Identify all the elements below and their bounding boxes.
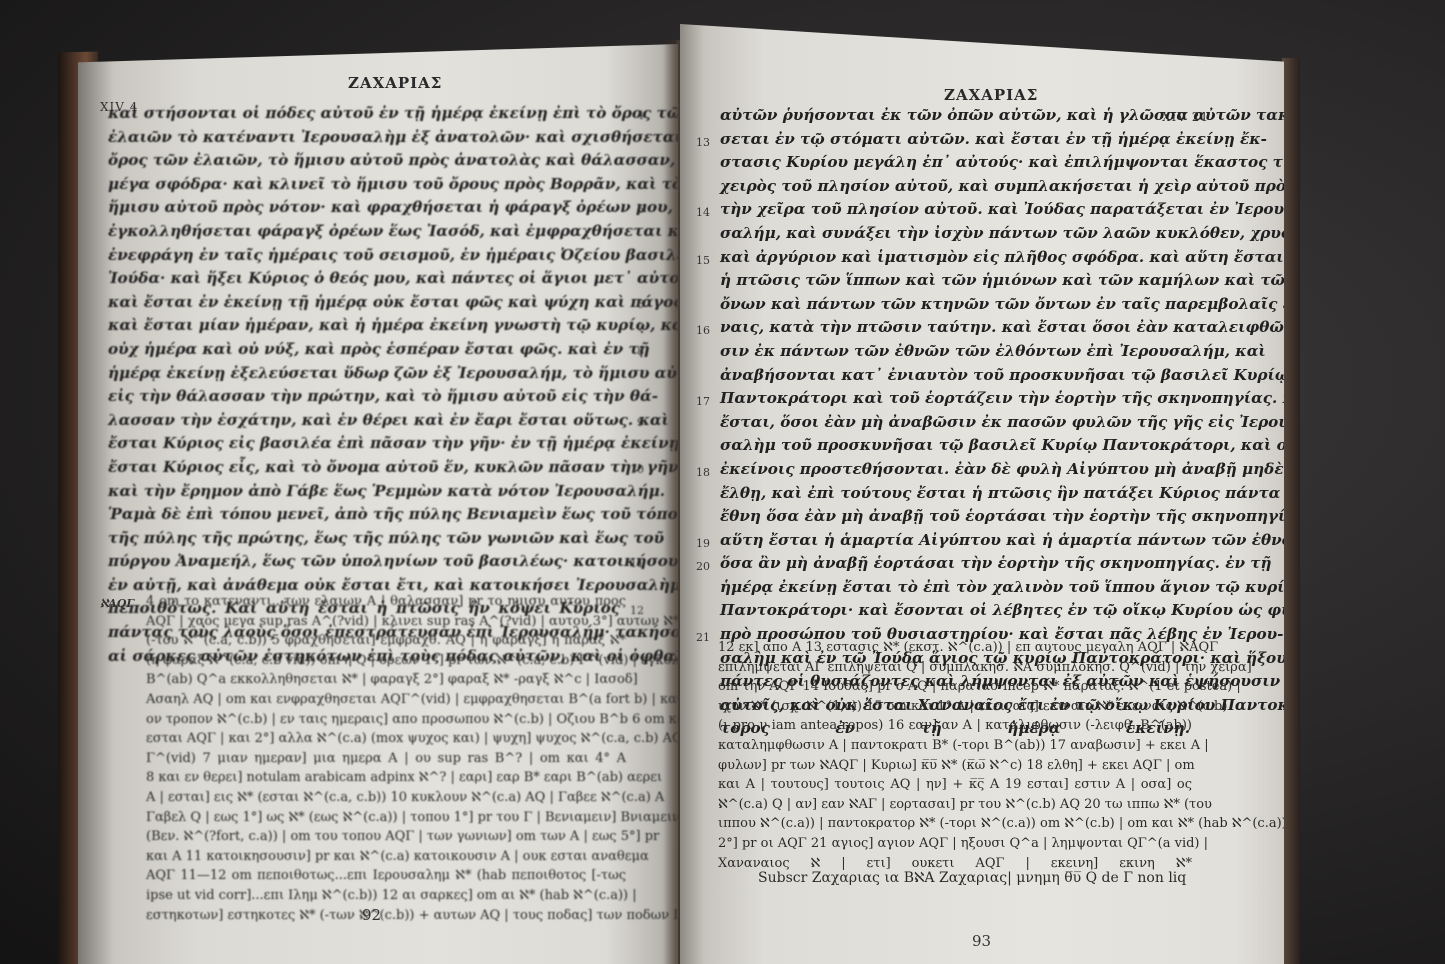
text-line: (ι pro ν iam antea repos) 16 εαν] αν A |… xyxy=(718,716,1192,736)
verse-number: 13 xyxy=(696,131,710,155)
text-line: καὶ ἔσται ἐν ἐκείνῃ τῇ ἡμέρᾳ οὐκ ἔσται φ… xyxy=(108,291,620,315)
text-line: ℵ^(c.a) Q | αν] εαν ℵAΓ | εορτασαι] pr τ… xyxy=(718,795,1192,815)
text-line: ἡμέρᾳ ἐκείνῃ ἐξελεύσεται ὕδωρ ζῶν ἐξ Ἰερ… xyxy=(108,362,620,386)
right-page: ΖΑΧΑΡΙΑΣ XIV 21 αὐτῶν ῥυήσονται ἐκ τῶν ὀ… xyxy=(680,24,1284,964)
text-line: επιλημψεται AΓ επιληψεται Q | συμπλακησ.… xyxy=(718,658,1192,678)
text-line: (η φαραξ ℵ^(c.a, c.b vid)) om η Q | ορεω… xyxy=(146,651,626,671)
text-line: ἔθνη ὅσα ἐὰν μὴ ἀναβῇ τοῦ ἑορτάσαι τὴν ἑ… xyxy=(720,505,1190,529)
running-title: ΖΑΧΑΡΙΑΣ xyxy=(348,74,442,92)
text-line: Γαβελ Q | εως 1°] ως ℵ* (εως ℵ^(c.a)) | … xyxy=(146,808,626,828)
apparatus-margin-sigla: ℵAQΓ xyxy=(100,597,134,610)
critical-apparatus-left: 4 om το κατεναντι...των ελαιων A | θαλασ… xyxy=(146,592,626,925)
text-line: φυλων] pr των ℵAQΓ | Κυριω] κ̅υ̅ ℵ* (κ̅ω… xyxy=(718,756,1192,776)
text-line: Γ^(vid) 7 μιαν ημεραν] μια ημερα A | ου … xyxy=(146,749,626,769)
text-line: στασις Κυρίου μεγάλη ἐπ᾽ αὐτούς· καὶ ἐπι… xyxy=(720,151,1190,175)
text-line: ἔσται, ὅσοι ἐὰν μὴ ἀναβῶσιν ἐκ πασῶν φυλ… xyxy=(720,411,1190,435)
verse-number: 8 xyxy=(637,340,644,364)
book-cover-right-edge xyxy=(1282,58,1300,964)
text-line: ipse ut vid corr]...επι Ιλημ ℵ^(c.b)) 12… xyxy=(146,886,626,906)
text-line: (Βεν. ℵ^(?fort, c.a)) | om του τοπου AQΓ… xyxy=(146,827,626,847)
critical-apparatus-right: 12 εκ] απο A 13 εστασις ℵ* (εκστ. ℵ^(c.a… xyxy=(718,638,1192,873)
text-line: εἰς τὴν θάλασσαν τὴν πρώτην, καὶ τὸ ἥμισ… xyxy=(108,385,620,409)
text-line: καὶ στήσονται οἱ πόδες αὐτοῦ ἐν τῇ ἡμέρᾳ… xyxy=(108,102,620,126)
text-line: ἥμισυ αὐτοῦ πρὸς νότον· καὶ φραχθήσεται … xyxy=(108,196,620,220)
text-line: 8 και εν θερει] notulam arabicam adpinx … xyxy=(146,768,626,788)
verse-number: 9 xyxy=(637,411,644,435)
verse-number: 7 xyxy=(637,316,644,340)
text-line: ἔλθῃ, καὶ ἐπὶ τούτους ἔσται ἡ πτῶσις ἣν … xyxy=(720,482,1190,506)
text-line: 12 εκ] απο A 13 εστασις ℵ* (εκστ. ℵ^(c.a… xyxy=(718,638,1192,658)
text-line: ἐγκολληθήσεται φάραγξ ὀρέων ἕως Ἰασόδ, κ… xyxy=(108,220,620,244)
verse-number: 15 xyxy=(696,249,710,273)
text-line: τὴν χεῖρα τοῦ πλησίον αὐτοῦ. καὶ Ἰούδας … xyxy=(720,198,1190,222)
text-line: ὅσα ἂν μὴ ἀναβῇ ἑορτάσαι τὴν ἑορτὴν τῆς … xyxy=(720,552,1190,576)
verse-number: 21 xyxy=(696,626,710,650)
text-line: ἔσται Κύριος εἰς βασιλέα ἐπὶ πᾶσαν τὴν γ… xyxy=(108,432,620,456)
text-line: αὕτη ἔσται ἡ ἁμαρτία Αἰγύπτου καὶ ἡ ἁμαρ… xyxy=(720,529,1190,553)
text-line: Ασαηλ AQ | om και ενφραχθησεται AQΓ^(vid… xyxy=(146,690,626,710)
text-line: σιν ἐκ πάντων τῶν ἐθνῶν τῶν ἐλθόντων ἐπὶ… xyxy=(720,340,1190,364)
text-line: om την AQΓ 14 Ιουδας] pr ο AQ | παρατασ … xyxy=(718,677,1192,697)
text-line: ἡμέρᾳ ἐκείνῃ ἔσται τὸ ἐπὶ τὸν χαλινὸν το… xyxy=(720,576,1190,600)
text-line: οὐχ ἡμέρα καὶ οὐ νύξ, καὶ πρὸς ἑσπέραν ἔ… xyxy=(108,338,620,362)
verse-number: 19 xyxy=(696,532,710,556)
text-line: ὄνων καὶ πάντων τῶν κτηνῶν τῶν ὄντων ἐν … xyxy=(720,293,1190,317)
text-line: καὶ ἀργύριον καὶ ἱματισμὸν εἰς πλῆθος σφ… xyxy=(720,246,1190,270)
text-line: Ῥαμὰ δὲ ἐπὶ τόπου μενεῖ, ἀπὸ τῆς πύλης Β… xyxy=(108,503,620,527)
verse-number: 11 xyxy=(630,552,644,576)
page-number-left: 92 xyxy=(362,906,381,924)
text-line: σαλήμ, καὶ συνάξει τὴν ἰσχὺν πάντων τῶν … xyxy=(720,222,1190,246)
text-line: ἡ πτῶσις τῶν ἵππων καὶ τῶν ἡμιόνων καὶ τ… xyxy=(720,269,1190,293)
text-line: εστηκοτων] εστηκοτες ℵ* (-των ℵ^(c.b)) +… xyxy=(146,906,626,926)
text-line: AQΓ | χαος μεγα sup ras A^(?vid) | κλινε… xyxy=(146,612,626,632)
text-line: εσται AQΓ | και 2°] αλλα ℵ^(c.a) (mox ψυ… xyxy=(146,729,626,749)
text-line: ὄρος τῶν ἐλαιῶν, τὸ ἥμισυ αὐτοῦ πρὸς ἀνα… xyxy=(108,149,620,173)
text-line: και A 11 κατοικησουσιν] pr και ℵ^(c.a) κ… xyxy=(146,847,626,867)
text-line: ἐλαιῶν τὸ κατέναντι Ἰερουσαλὴμ ἐξ ἀνατολ… xyxy=(108,126,620,150)
text-line: 2°] pr οι AQΓ 21 αγιος] αγιον AQΓ | ηξου… xyxy=(718,834,1192,854)
text-line: ναις, κατὰ τὴν πτῶσιν ταύτην. καὶ ἔσται … xyxy=(720,316,1190,340)
text-line: ἀναβήσονται κατ᾽ ἐνιαυτὸν τοῦ προσκυνῆσα… xyxy=(720,364,1190,388)
running-title: ΖΑΧΑΡΙΑΣ xyxy=(944,86,1038,104)
text-line: καὶ τὴν ἔρημον ἀπὸ Γάβε ἕως Ῥεμμὼν κατὰ … xyxy=(108,480,620,504)
verse-number: 14 xyxy=(696,201,710,225)
main-text-left: καὶ στήσονται οἱ πόδες αὐτοῦ ἐν τῇ ἡμέρᾳ… xyxy=(108,102,620,668)
verse-number: 5 xyxy=(637,198,644,222)
text-line: Ἰούδα· καὶ ἥξει Κύριος ὁ θεός μου, καὶ π… xyxy=(108,267,620,291)
text-line: Παντοκράτορι καὶ τοῦ ἑορτάζειν τὴν ἑορτὴ… xyxy=(720,387,1190,411)
text-line: ιππου ℵ^(c.a)) | παντοκρατορ ℵ* (-τορι ℵ… xyxy=(718,814,1192,834)
verse-number: 16 xyxy=(696,319,710,343)
left-page: ΖΑΧΑΡΙΑΣ XIV 4 καὶ στήσονται οἱ πόδες αὐ… xyxy=(78,44,678,964)
text-line: πύργου Ἀναμεήλ, ἕως τῶν ὑποληνίων τοῦ βα… xyxy=(108,550,620,574)
text-line: και A | τουτους] τουτοις AQ | ην] + κ̅ς̅… xyxy=(718,775,1192,795)
text-line: χειρὸς τοῦ πλησίον αὐτοῦ, καὶ συμπλακήσε… xyxy=(720,175,1190,199)
text-line: ιχυν ℵ* (ισχ. ℵ^(1,c)) 15 om και 1° A | … xyxy=(718,697,1192,717)
text-line: τῆς πύλης τῆς πρώτης, ἕως τῆς πύλης τῶν … xyxy=(108,527,620,551)
verse-number: 10 xyxy=(630,458,644,482)
text-line: (-του ℵ^(c.a, c.b)) 5 φραχθησεται] εμφρα… xyxy=(146,631,626,651)
verse-number: 18 xyxy=(696,461,710,485)
subscription-note: Subscr Ζαχαριας ια BℵA Ζαχαριας| μνημη θ… xyxy=(758,870,1186,886)
text-line: σεται ἐν τῷ στόματι αὐτῶν. καὶ ἔσται ἐν … xyxy=(720,128,1190,152)
text-line: Παντοκράτορι· καὶ ἔσονται οἱ λέβητες ἐν … xyxy=(720,599,1190,623)
text-line: A | εσται] εις ℵ* (εσται ℵ^(c.a, c.b)) 1… xyxy=(146,788,626,808)
text-line: AQΓ 11—12 om πεποιθοτως...επι Ιερουσαλημ… xyxy=(146,866,626,886)
verse-number: 4 xyxy=(637,104,644,128)
verse-number: 20 xyxy=(696,555,710,579)
page-number-right: 93 xyxy=(972,932,991,950)
verse-number: 17 xyxy=(696,390,710,414)
text-line: ἐκείνοις προστεθήσονται. ἐὰν δὲ φυλὴ Αἰγ… xyxy=(720,458,1190,482)
text-line: καταλημφθωσιν A | παντοκρατι B* (-τορι B… xyxy=(718,736,1192,756)
text-line: λασσαν τὴν ἐσχάτην, καὶ ἐν θέρει καὶ ἐν … xyxy=(108,409,620,433)
text-line: 4 om το κατεναντι...των ελαιων A | θαλασ… xyxy=(146,592,626,612)
text-line: σαλὴμ τοῦ προσκυνῆσαι τῷ βασιλεῖ Κυρίῳ Π… xyxy=(720,434,1190,458)
text-line: ἐνεφράγη ἐν ταῖς ἡμέραις τοῦ σεισμοῦ, ἐν… xyxy=(108,244,620,268)
text-line: αὐτῶν ῥυήσονται ἐκ τῶν ὀπῶν αὐτῶν, καὶ ἡ… xyxy=(720,104,1190,128)
verse-number: 6 xyxy=(637,293,644,317)
text-line: μέγα σφόδρα· καὶ κλινεῖ τὸ ἥμισυ τοῦ ὄρο… xyxy=(108,173,620,197)
text-line: B^(ab) Q^a εκκολληθησεται ℵ* | φαραγξ 2°… xyxy=(146,670,626,690)
text-line: ἔσται Κύριος εἷς, καὶ τὸ ὄνομα αὐτοῦ ἕν,… xyxy=(108,456,620,480)
text-line: ον τροπον ℵ^(c.b) | εν ταις ημεραις] απο… xyxy=(146,710,626,730)
text-line: καὶ ἔσται μίαν ἡμέραν, καὶ ἡ ἡμέρα ἐκείν… xyxy=(108,314,620,338)
